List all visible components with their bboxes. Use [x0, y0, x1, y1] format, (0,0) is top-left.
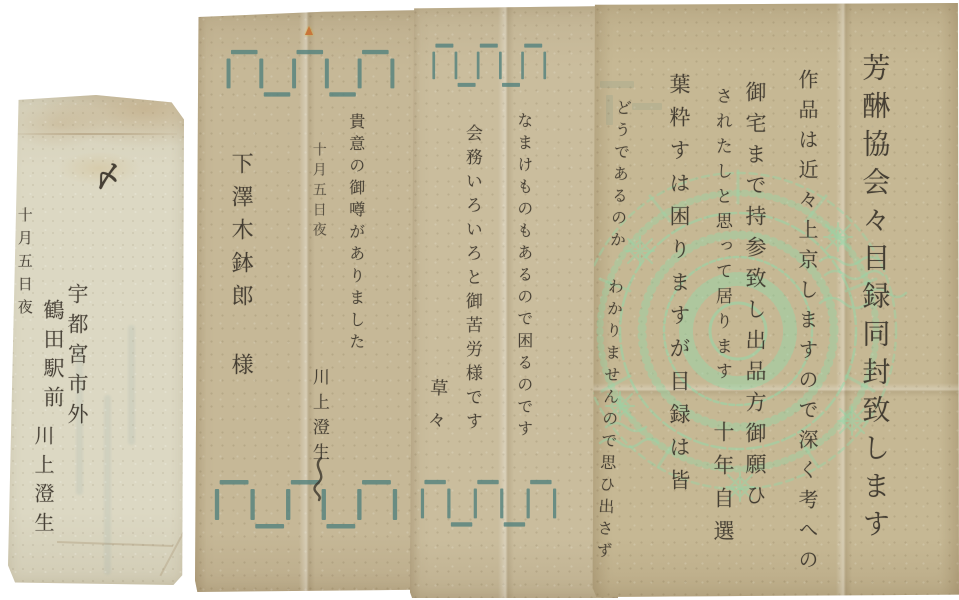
meander-border-top [223, 46, 409, 100]
handwriting-column: 作品は近々上京しますので深く考への [796, 69, 817, 597]
envelope-address-column: 宇都宮市外 [66, 283, 88, 458]
fold-crease [592, 383, 959, 397]
envelope-address-column: 鶴田駅前 [42, 299, 64, 439]
envelope-top-crease [15, 133, 177, 135]
fold-crease [836, 3, 852, 597]
handwriting-column: 会務いろいろと御苦労様です [462, 124, 480, 454]
handwriting-column: されたしと思って居ります [712, 87, 730, 402]
ink-flourish [307, 456, 333, 502]
envelope-sender-column: 川上澄生 [32, 425, 53, 575]
handwriting-column: なまけものもあるので困るのです [515, 112, 532, 457]
meander-border-bottom [418, 476, 568, 530]
handwriting-column-date: 十月五日夜 [311, 142, 326, 262]
ink-showthrough [128, 325, 135, 445]
handwriting-column: 御宅まで持参致し出品方御願ひ [744, 81, 766, 531]
border-showthrough [632, 103, 662, 110]
ink-showthrough [104, 395, 111, 575]
scanned-letter-photo: 〆 十月五日夜 宇都宮市外 鶴田駅前 川上澄生 貴意の御噂がありました 十月五日… [0, 0, 959, 600]
letter-sheet-middle: なまけものもあるので困るのです 会務いろいろと御苦労様です 草々 [410, 6, 618, 598]
handwriting-column-greeting: 貴意の御噂がありました [347, 113, 364, 368]
handwriting-column-heading: 芳醂協会々目録同封致します [860, 53, 889, 573]
envelope-date-column: 十月五日夜 [16, 207, 32, 367]
handwriting-column: 葉粋すは困りますが目録は皆 [668, 73, 690, 543]
seal-mark: 〆 [88, 161, 120, 192]
handwriting-column: どうであるのか わかりませんので思ひ出さず [594, 99, 631, 554]
meander-border-top [430, 40, 556, 90]
envelope-corner-crease [159, 528, 186, 577]
border-showthrough [606, 95, 613, 125]
handwriting-column-addressee: 下澤木鉢郎 様 [229, 152, 252, 387]
border-showthrough [600, 81, 634, 88]
letter-sheet-right: 芳醂協会々目録同封致します 作品は近々上京しますので深く考への 御宅まで持参致し… [592, 3, 959, 597]
handwriting-column: 十年自選 [712, 421, 734, 571]
envelope: 〆 十月五日夜 宇都宮市外 鶴田駅前 川上澄生 [8, 95, 184, 585]
letter-sheet-left: 貴意の御噂がありました 十月五日夜 下澤木鉢郎 様 川上澄生 [195, 10, 428, 592]
paper-fleck [305, 26, 313, 35]
envelope-bottom-crease [57, 541, 173, 547]
